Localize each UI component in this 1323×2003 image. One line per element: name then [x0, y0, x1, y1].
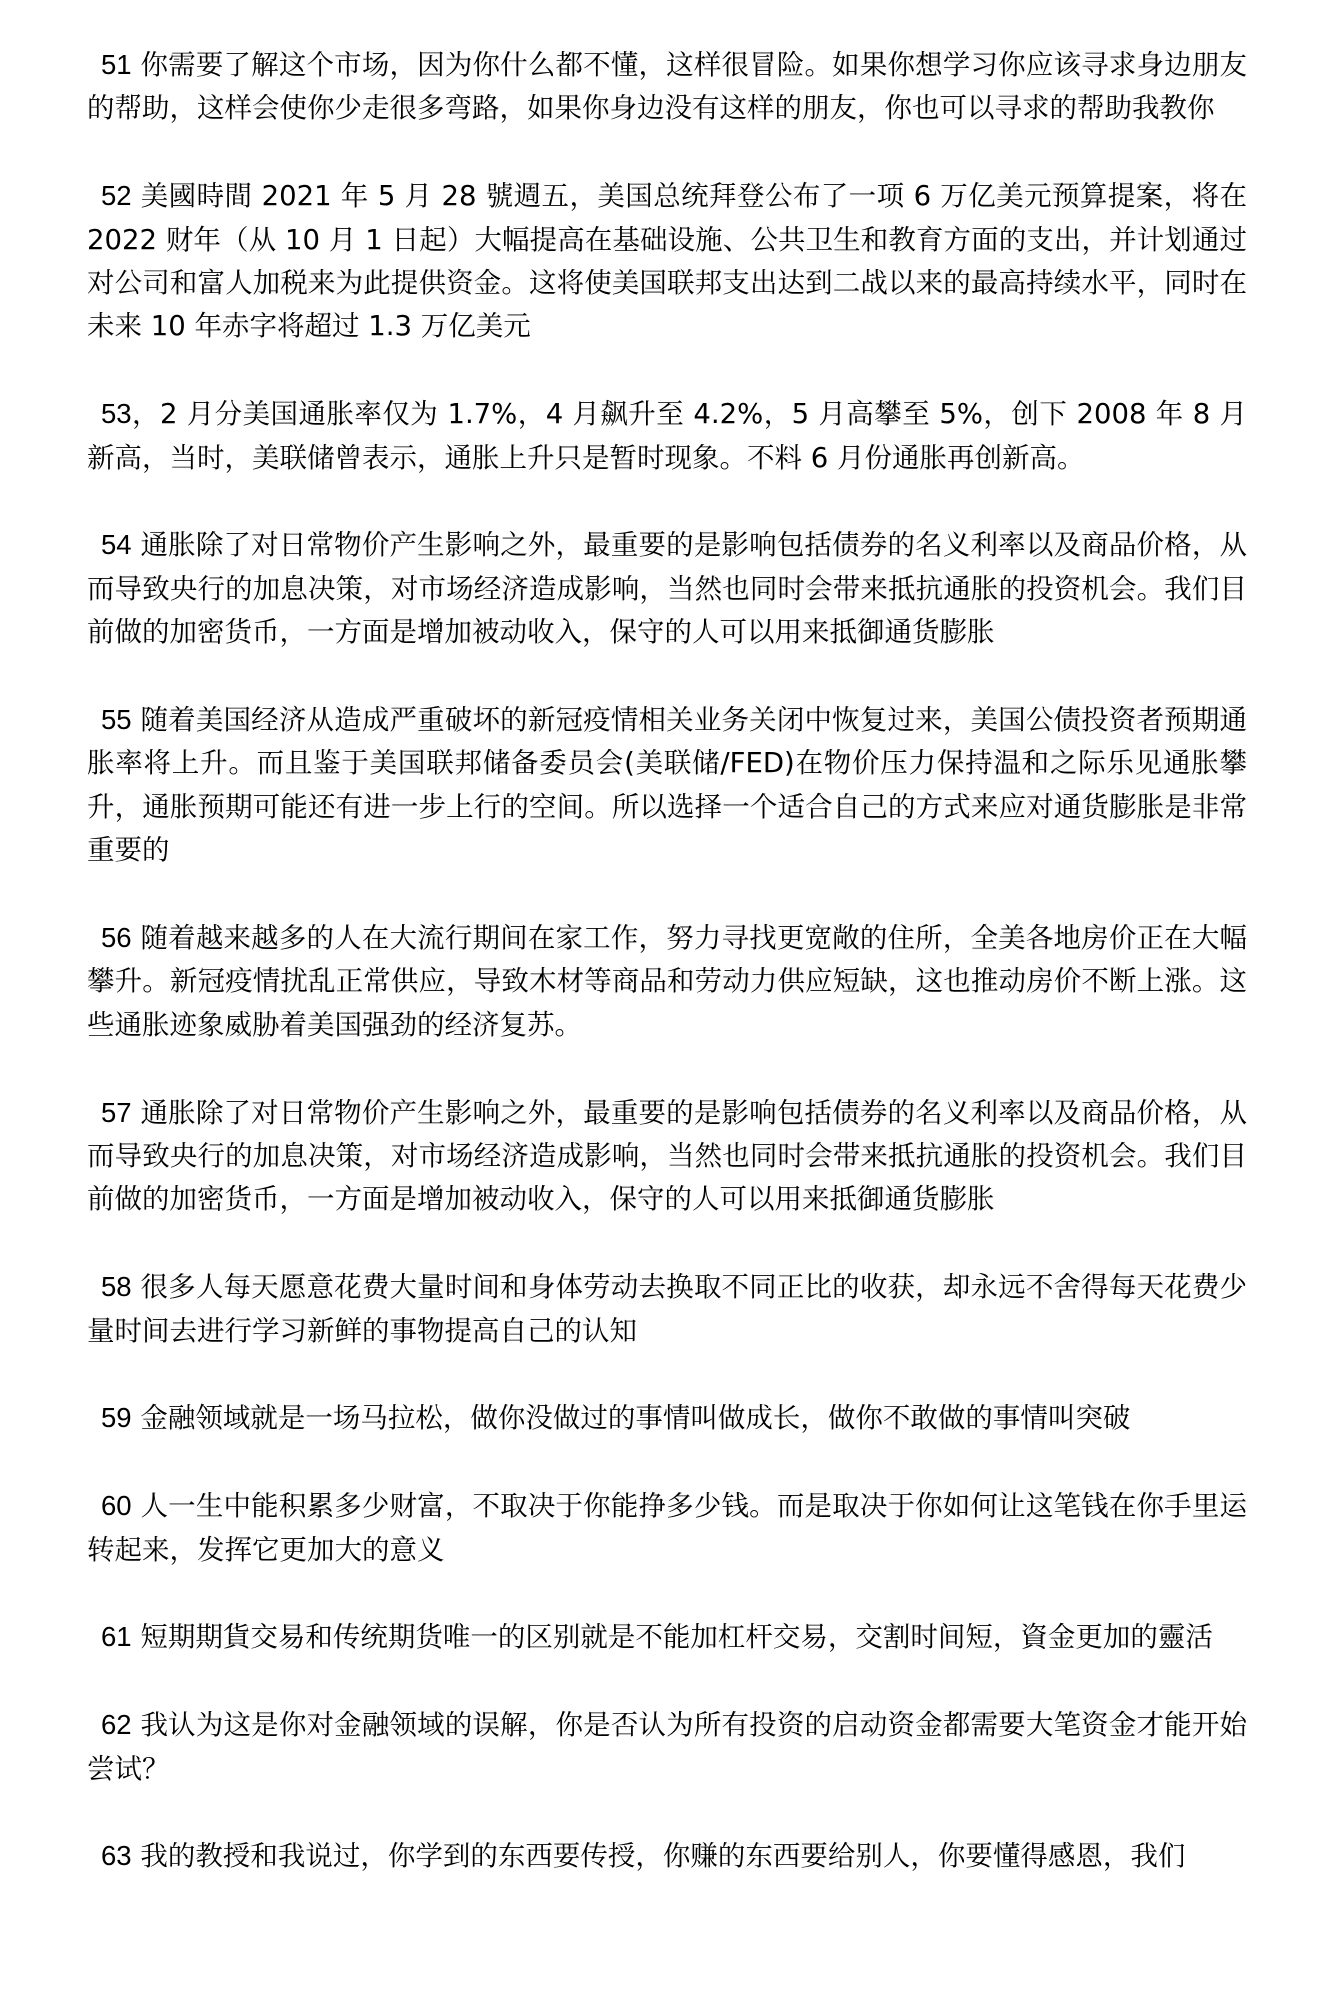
paragraph-text: 通胀除了对日常物价产生影响之外，最重要的是影响包括债券的名义利率以及商品价格，从…	[87, 1097, 1247, 1216]
paragraph-number: 55	[101, 704, 132, 735]
paragraph-51: 51 你需要了解这个市场，因为你什么都不懂，这样很冒险。如果你想学习你应该寻求身…	[87, 43, 1247, 131]
paragraph-text: 短期期貨交易和传统期货唯一的区别就是不能加杠杆交易，交割时间短，資金更加的靈活	[140, 1621, 1213, 1653]
paragraph-text: 随着美国经济从造成严重破坏的新冠疫情相关业务关闭中恢复过来，美国公债投资者预期通…	[87, 704, 1247, 866]
paragraph-text: 随着越来越多的人在大流行期间在家工作，努力寻找更宽敞的住所，全美各地房价正在大幅…	[87, 922, 1247, 1041]
paragraph-text: 我的教授和我说过，你学到的东西要传授，你赚的东西要给别人，你要懂得感恩，我们	[140, 1840, 1185, 1872]
paragraph-61: 61 短期期貨交易和传统期货唯一的区别就是不能加杠杆交易，交割时间短，資金更加的…	[87, 1615, 1247, 1659]
paragraph-53: 53，2 月分美国通胀率仅为 1.7%，4 月飙升至 4.2%，5 月高攀至 5…	[87, 392, 1247, 480]
paragraph-number: 54	[101, 529, 132, 560]
paragraph-57: 57 通胀除了对日常物价产生影响之外，最重要的是影响包括债券的名义利率以及商品价…	[87, 1091, 1247, 1222]
paragraph-62: 62 我认为这是你对金融领域的误解，你是否认为所有投资的启动资金都需要大笔资金才…	[87, 1703, 1247, 1791]
paragraph-number: 51	[101, 49, 132, 80]
paragraph-number: 57	[101, 1097, 132, 1128]
paragraph-58: 58 很多人每天愿意花费大量时间和身体劳动去换取不同正比的收获，却永远不舍得每天…	[87, 1265, 1247, 1353]
paragraph-number: 53，	[101, 398, 160, 429]
paragraph-text: 金融领域就是一场马拉松，做你没做过的事情叫做成长，做你不敢做的事情叫突破	[140, 1402, 1130, 1434]
paragraph-text: 很多人每天愿意花费大量时间和身体劳动去换取不同正比的收获，却永远不舍得每天花费少…	[87, 1271, 1247, 1346]
paragraph-number: 58	[101, 1271, 132, 1302]
paragraph-63: 63 我的教授和我说过，你学到的东西要传授，你赚的东西要给别人，你要懂得感恩，我…	[87, 1834, 1247, 1878]
paragraph-52: 52 美國時間 2021 年 5 月 28 號週五，美国总统拜登公布了一项 6 …	[87, 174, 1247, 349]
paragraph-text: 我认为这是你对金融领域的误解，你是否认为所有投资的启动资金都需要大笔资金才能开始…	[87, 1709, 1247, 1784]
paragraph-59: 59 金融领域就是一场马拉松，做你没做过的事情叫做成长，做你不敢做的事情叫突破	[87, 1396, 1247, 1440]
document-page: 51 你需要了解这个市场，因为你什么都不懂，这样很冒险。如果你想学习你应该寻求身…	[87, 43, 1247, 1922]
paragraph-55: 55 随着美国经济从造成严重破坏的新冠疫情相关业务关闭中恢复过来，美国公债投资者…	[87, 698, 1247, 873]
paragraph-number: 56	[101, 922, 132, 953]
paragraph-text: 美國時間 2021 年 5 月 28 號週五，美国总统拜登公布了一项 6 万亿美…	[87, 180, 1247, 342]
paragraph-60: 60 人一生中能积累多少财富，不取决于你能挣多少钱。而是取决于你如何让这笔钱在你…	[87, 1484, 1247, 1572]
paragraph-54: 54 通胀除了对日常物价产生影响之外，最重要的是影响包括债券的名义利率以及商品价…	[87, 523, 1247, 654]
paragraph-text: 人一生中能积累多少财富，不取决于你能挣多少钱。而是取决于你如何让这笔钱在你手里运…	[87, 1490, 1247, 1565]
paragraph-number: 52	[101, 180, 132, 211]
paragraph-56: 56 随着越来越多的人在大流行期间在家工作，努力寻找更宽敞的住所，全美各地房价正…	[87, 916, 1247, 1047]
paragraph-number: 61	[101, 1621, 132, 1652]
paragraph-number: 63	[101, 1840, 132, 1871]
paragraph-number: 62	[101, 1709, 132, 1740]
paragraph-text: 你需要了解这个市场，因为你什么都不懂，这样很冒险。如果你想学习你应该寻求身边朋友…	[87, 49, 1247, 124]
paragraph-number: 60	[101, 1490, 132, 1521]
paragraph-text: 2 月分美国通胀率仅为 1.7%，4 月飙升至 4.2%，5 月高攀至 5%，创…	[87, 398, 1247, 473]
paragraph-number: 59	[101, 1402, 132, 1433]
paragraph-text: 通胀除了对日常物价产生影响之外，最重要的是影响包括债券的名义利率以及商品价格，从…	[87, 529, 1247, 648]
